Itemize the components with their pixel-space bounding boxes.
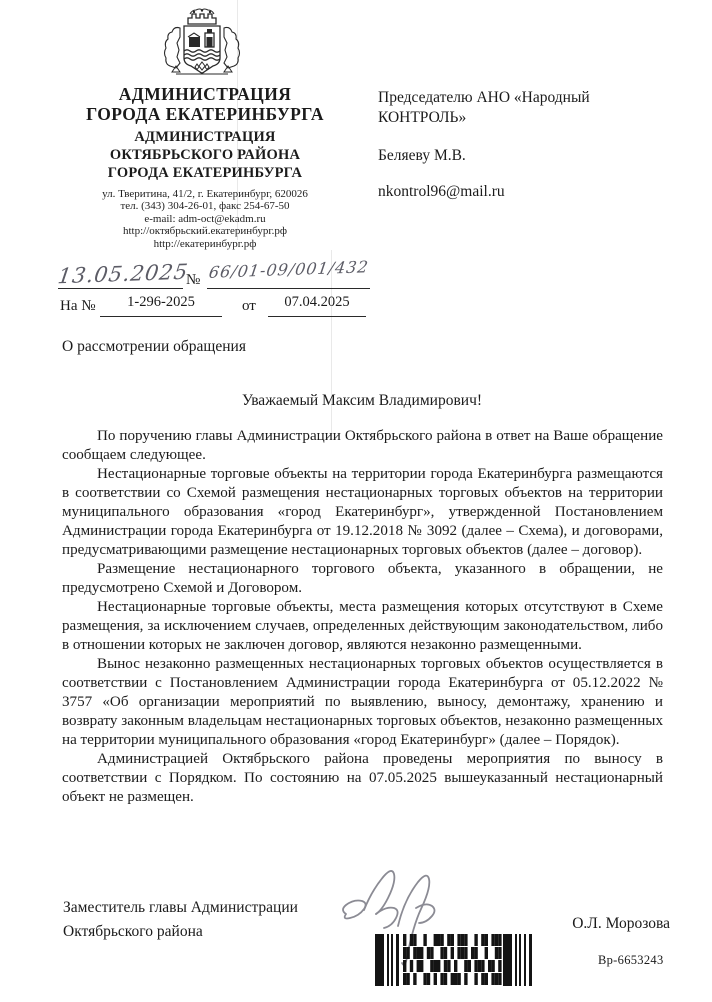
org-name-district-line2: ОКТЯБРЬСКОГО РАЙОНА: [40, 146, 370, 164]
contact-street: ул. Тверитина, 41/2, г. Екатеринбург, 62…: [40, 188, 370, 200]
recipient-title-line1: Председателю АНО «Народный: [378, 88, 678, 108]
org-name-district-line1: АДМИНИСТРАЦИЯ: [40, 128, 370, 146]
outgoing-date-field: 13.05.2025: [58, 262, 183, 289]
reply-date: 07.04.2025: [268, 294, 366, 317]
org-name-city-line2: ГОРОДА ЕКАТЕРИНБУРГА: [40, 104, 370, 124]
org-name-district: АДМИНИСТРАЦИЯ ОКТЯБРЬСКОГО РАЙОНА ГОРОДА…: [40, 128, 370, 182]
outgoing-number-field: 66/01-09/001/432: [207, 260, 370, 289]
body-paragraph: Размещение нестационарного торгового объ…: [62, 560, 663, 598]
reply-to-label: На №: [60, 298, 96, 315]
barcode-svg: [375, 934, 535, 986]
signer-position-line2: Октябрьского района: [63, 920, 298, 944]
org-name-city-line1: АДМИНИСТРАЦИЯ: [40, 84, 370, 104]
barcode: [375, 934, 535, 986]
recipient-name: Беляеву М.В.: [378, 146, 678, 166]
reply-number: 1-296-2025: [100, 294, 222, 317]
letterhead-contacts: ул. Тверитина, 41/2, г. Екатеринбург, 62…: [40, 188, 370, 250]
document-id: Вр-6653243: [598, 953, 664, 968]
body-paragraph: Администрацией Октябрьского района прове…: [62, 750, 663, 807]
handwritten-number: 66/01-09/001/432: [207, 257, 369, 282]
contact-website-city: http://екатеринбург.рф: [40, 238, 370, 250]
yekaterinburg-coat-of-arms-icon: [150, 6, 254, 80]
contact-website-district: http://октябрьский.екатеринбург.рф: [40, 225, 370, 237]
signer-name: О.Л. Морозова: [560, 915, 670, 933]
contact-email: e-mail: adm-oct@ekadm.ru: [40, 213, 370, 225]
body-paragraph: По поручению главы Администрации Октябрь…: [62, 427, 663, 465]
body-paragraph: Нестационарные торговые объекты на терри…: [62, 465, 663, 560]
recipient-block: Председателю АНО «Народный КОНТРОЛЬ» Бел…: [378, 88, 678, 202]
recipient-email: nkontrol96@mail.ru: [378, 182, 678, 202]
letter-body: По поручению главы Администрации Октябрь…: [62, 427, 663, 807]
reply-from-label: от: [242, 298, 256, 315]
body-paragraph: Нестационарные торговые объекты, места р…: [62, 598, 663, 655]
org-name-city: АДМИНИСТРАЦИЯ ГОРОДА ЕКАТЕРИНБУРГА: [40, 84, 370, 124]
subject-line: О рассмотрении обращения: [62, 338, 246, 356]
signer-position-line1: Заместитель главы Администрации: [63, 896, 298, 920]
body-paragraph: Вынос незаконно размещенных нестационарн…: [62, 655, 663, 750]
scanned-letter-page: АДМИНИСТРАЦИЯ ГОРОДА ЕКАТЕРИНБУРГА АДМИН…: [0, 0, 712, 1002]
contact-phone: тел. (343) 304-26-01, факс 254-67-50: [40, 200, 370, 212]
number-sign-label: №: [186, 272, 200, 289]
signer-position: Заместитель главы Администрации Октябрьс…: [63, 896, 298, 944]
handwritten-date: 13.05.2025: [56, 260, 190, 289]
org-name-district-line3: ГОРОДА ЕКАТЕРИНБУРГА: [40, 164, 370, 182]
recipient-title-line2: КОНТРОЛЬ»: [378, 108, 678, 128]
salutation: Уважаемый Максим Владимирович!: [62, 392, 662, 410]
